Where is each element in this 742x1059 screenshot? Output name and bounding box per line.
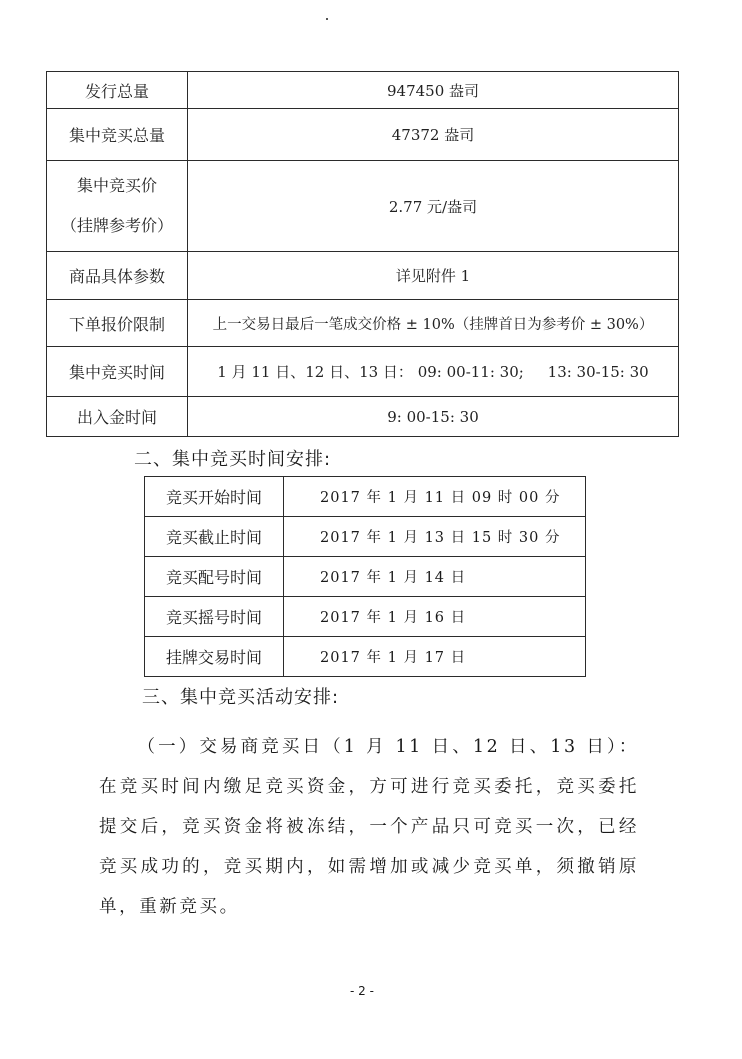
row-value: 2017 年 1 月 13 日 15 时 30 分	[284, 517, 586, 557]
row-label: 挂牌交易时间	[145, 637, 284, 677]
row-label: 集中竞买总量	[47, 109, 188, 161]
table-row: 出入金时间 9: 00-15: 30	[47, 397, 679, 437]
row-label: 出入金时间	[47, 397, 188, 437]
table-row: 下单报价限制 上一交易日最后一笔成交价格 ± 10%（挂牌首日为参考价 ± 30…	[47, 300, 679, 347]
row-label: 下单报价限制	[47, 300, 188, 347]
section-heading-3: 三、集中竞买活动安排:	[142, 683, 339, 709]
row-label: 竞买截止时间	[145, 517, 284, 557]
row-label: 商品具体参数	[47, 252, 188, 300]
table-row: 竞买摇号时间 2017 年 1 月 16 日	[145, 597, 586, 637]
page-number: - 2 -	[350, 984, 374, 998]
row-label: 竞买配号时间	[145, 557, 284, 597]
row-label: 竞买开始时间	[145, 477, 284, 517]
scan-speck	[326, 18, 328, 20]
row-label: 竞买摇号时间	[145, 597, 284, 637]
row-label: 集中竞买价 （挂牌参考价）	[47, 161, 188, 252]
row-value: 2017 年 1 月 11 日 09 时 00 分	[284, 477, 586, 517]
row-value: 947450 盎司	[188, 72, 679, 109]
row-label: 集中竞买时间	[47, 347, 188, 397]
row-value: 详见附件 1	[188, 252, 679, 300]
table-row: 发行总量 947450 盎司	[47, 72, 679, 109]
section-heading-2: 二、集中竞买时间安排:	[134, 445, 331, 471]
table-row: 集中竞买价 （挂牌参考价） 2.77 元/盎司	[47, 161, 679, 252]
table-row: 竞买截止时间 2017 年 1 月 13 日 15 时 30 分	[145, 517, 586, 557]
label-line-2: （挂牌参考价）	[47, 206, 187, 246]
body-paragraph: （一）交易商竞买日（1 月 11 日、12 日、13 日）：在竞买时间内缴足竞买…	[99, 727, 639, 927]
product-info-table: 发行总量 947450 盎司 集中竞买总量 47372 盎司 集中竞买价 （挂牌…	[46, 71, 679, 437]
row-value: 9: 00-15: 30	[188, 397, 679, 437]
table-row: 竞买开始时间 2017 年 1 月 11 日 09 时 00 分	[145, 477, 586, 517]
row-value: 2017 年 1 月 17 日	[284, 637, 586, 677]
table-row: 商品具体参数 详见附件 1	[47, 252, 679, 300]
table-row: 竞买配号时间 2017 年 1 月 14 日	[145, 557, 586, 597]
row-value: 47372 盎司	[188, 109, 679, 161]
table-row: 集中竞买总量 47372 盎司	[47, 109, 679, 161]
row-value: 上一交易日最后一笔成交价格 ± 10%（挂牌首日为参考价 ± 30%）	[188, 300, 679, 347]
row-value: 2017 年 1 月 14 日	[284, 557, 586, 597]
row-value: 1 月 11 日、12 日、13 日： 09: 00-11: 30; 13: 3…	[188, 347, 679, 397]
row-value: 2017 年 1 月 16 日	[284, 597, 586, 637]
label-line-1: 集中竞买价	[47, 166, 187, 206]
row-label: 发行总量	[47, 72, 188, 109]
table-row: 挂牌交易时间 2017 年 1 月 17 日	[145, 637, 586, 677]
table-row: 集中竞买时间 1 月 11 日、12 日、13 日： 09: 00-11: 30…	[47, 347, 679, 397]
paragraph-text: （一）交易商竞买日（1 月 11 日、12 日、13 日）：在竞买时间内缴足竞买…	[99, 737, 639, 917]
row-value: 2.77 元/盎司	[188, 161, 679, 252]
schedule-table: 竞买开始时间 2017 年 1 月 11 日 09 时 00 分 竞买截止时间 …	[144, 476, 586, 677]
